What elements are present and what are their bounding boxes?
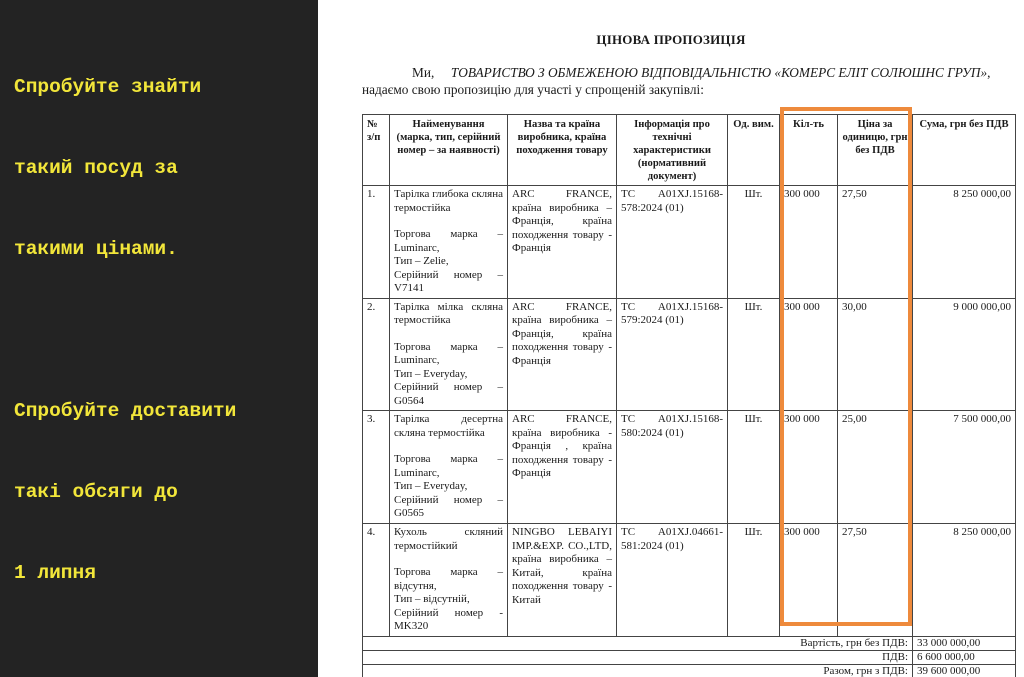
header-unit: Од. вим.	[728, 115, 780, 186]
intro-prefix: Ми,	[412, 65, 434, 80]
cell-qty: 300 000	[780, 186, 838, 299]
cell-manufacturer: ARC FRANCE, країна виробника – Франція, …	[508, 298, 617, 411]
item-brand: Торгова марка – Luminarc,	[394, 228, 503, 255]
table-row: 1. Тарілка глибока скляна термостійка То…	[363, 186, 1016, 299]
cell-price: 27,50	[838, 186, 913, 299]
caption-line: Спробуйте знайти	[14, 74, 314, 101]
item-serial: Серійний номер – G0565	[394, 494, 503, 521]
price-table: № з/п Найменування (марка, тип, серійний…	[362, 114, 1016, 677]
item-serial: Серійний номер – V7141	[394, 269, 503, 296]
total-row-net: Вартість, грн без ПДВ: 33 000 000,00	[363, 636, 1016, 650]
cell-manufacturer: NINGBO LEBAIYI IMP.&EXP. CO.,LTD, країна…	[508, 524, 617, 637]
left-caption-panel: Спробуйте знайти такий посуд за такими ц…	[0, 0, 318, 677]
header-manufacturer: Назва та країна виробника, країна походж…	[508, 115, 617, 186]
caption-text: Спробуйте знайти такий посуд за такими ц…	[14, 20, 314, 641]
caption-line: такі обсяги до	[14, 479, 314, 506]
item-name: Тарілка десертна скляна термостійка	[394, 413, 503, 440]
cell-num: 4.	[363, 524, 390, 637]
cell-name: Тарілка глибока скляна термостійка Торго…	[390, 186, 508, 299]
cell-sum: 7 500 000,00	[913, 411, 1016, 524]
total-row-gross: Разом, грн з ПДВ: 39 600 000,00	[363, 664, 1016, 677]
item-type: Тип – Everyday,	[394, 480, 503, 494]
header-sum: Сума, грн без ПДВ	[913, 115, 1016, 186]
total-value: 39 600 000,00	[913, 664, 1016, 677]
caption-line: Спробуйте доставити	[14, 398, 314, 425]
header-name: Найменування (марка, тип, серійний номер…	[390, 115, 508, 186]
cell-num: 2.	[363, 298, 390, 411]
cell-qty: 300 000	[780, 524, 838, 637]
cell-sum: 9 000 000,00	[913, 298, 1016, 411]
cell-name: Тарілка мілка скляна термостійка Торгова…	[390, 298, 508, 411]
cell-info: ТС A01XJ.15168-579:2024 (01)	[617, 298, 728, 411]
item-name: Тарілка глибока скляна термостійка	[394, 188, 503, 215]
header-info: Інформація про технічні характеристики (…	[617, 115, 728, 186]
table-row: 4. Кухоль скляний термостійкий Торгова м…	[363, 524, 1016, 637]
item-type: Тип – Everyday,	[394, 368, 503, 382]
total-label: Разом, грн з ПДВ:	[363, 664, 913, 677]
cell-sum: 8 250 000,00	[913, 524, 1016, 637]
company-name: ТОВАРИСТВО З ОБМЕЖЕНОЮ ВІДПОВІДАЛЬНІСТЮ …	[451, 65, 987, 80]
item-name: Тарілка мілка скляна термостійка	[394, 301, 503, 328]
header-num: № з/п	[363, 115, 390, 186]
table-row: 2. Тарілка мілка скляна термостійка Торг…	[363, 298, 1016, 411]
caption-line: 1 липня	[14, 560, 314, 587]
cell-qty: 300 000	[780, 298, 838, 411]
cell-sum: 8 250 000,00	[913, 186, 1016, 299]
cell-qty: 300 000	[780, 411, 838, 524]
cell-info: ТС A01XJ.15168-580:2024 (01)	[617, 411, 728, 524]
intro-paragraph: Ми, ТОВАРИСТВО З ОБМЕЖЕНОЮ ВІДПОВІДАЛЬНІ…	[362, 64, 1018, 98]
cell-unit: Шт.	[728, 411, 780, 524]
cell-unit: Шт.	[728, 298, 780, 411]
item-type: Тип – Zelie,	[394, 255, 503, 269]
cell-info: ТС A01XJ.04661-581:2024 (01)	[617, 524, 728, 637]
cell-price: 25,00	[838, 411, 913, 524]
total-label: Вартість, грн без ПДВ:	[363, 636, 913, 650]
item-name: Кухоль скляний термостійкий	[394, 526, 503, 553]
cell-info: ТС A01XJ.15168-578:2024 (01)	[617, 186, 728, 299]
cell-manufacturer: ARC FRANCE, країна виробника – Франція, …	[508, 186, 617, 299]
header-qty: Кіл-ть	[780, 115, 838, 186]
cell-num: 3.	[363, 411, 390, 524]
item-brand: Торгова марка – Luminarc,	[394, 453, 503, 480]
total-row-vat: ПДВ: 6 600 000,00	[363, 650, 1016, 664]
cell-manufacturer: ARC FRANCE, країна виробника - Франція ,…	[508, 411, 617, 524]
price-offer-document: ЦІНОВА ПРОПОЗИЦІЯ Ми, ТОВАРИСТВО З ОБМЕЖ…	[318, 0, 1024, 677]
document-title: ЦІНОВА ПРОПОЗИЦІЯ	[318, 32, 1024, 48]
cell-unit: Шт.	[728, 186, 780, 299]
cell-num: 1.	[363, 186, 390, 299]
table-row: 3. Тарілка десертна скляна термостійка Т…	[363, 411, 1016, 524]
caption-gap	[14, 317, 314, 344]
item-type: Тип – відсутній,	[394, 593, 503, 607]
cell-price: 30,00	[838, 298, 913, 411]
caption-line: такими цінами.	[14, 236, 314, 263]
total-value: 6 600 000,00	[913, 650, 1016, 664]
item-brand: Торгова марка – відсутня,	[394, 566, 503, 593]
cell-name: Тарілка десертна скляна термостійка Торг…	[390, 411, 508, 524]
table-header-row: № з/п Найменування (марка, тип, серійний…	[363, 115, 1016, 186]
total-value: 33 000 000,00	[913, 636, 1016, 650]
item-brand: Торгова марка – Luminarc,	[394, 341, 503, 368]
cell-unit: Шт.	[728, 524, 780, 637]
header-price: Ціна за одиницю, грн без ПДВ	[838, 115, 913, 186]
caption-line: такий посуд за	[14, 155, 314, 182]
item-serial: Серійний номер – G0564	[394, 381, 503, 408]
item-serial: Серійний номер - MK320	[394, 607, 503, 634]
cell-price: 27,50	[838, 524, 913, 637]
total-label: ПДВ:	[363, 650, 913, 664]
cell-name: Кухоль скляний термостійкий Торгова марк…	[390, 524, 508, 637]
